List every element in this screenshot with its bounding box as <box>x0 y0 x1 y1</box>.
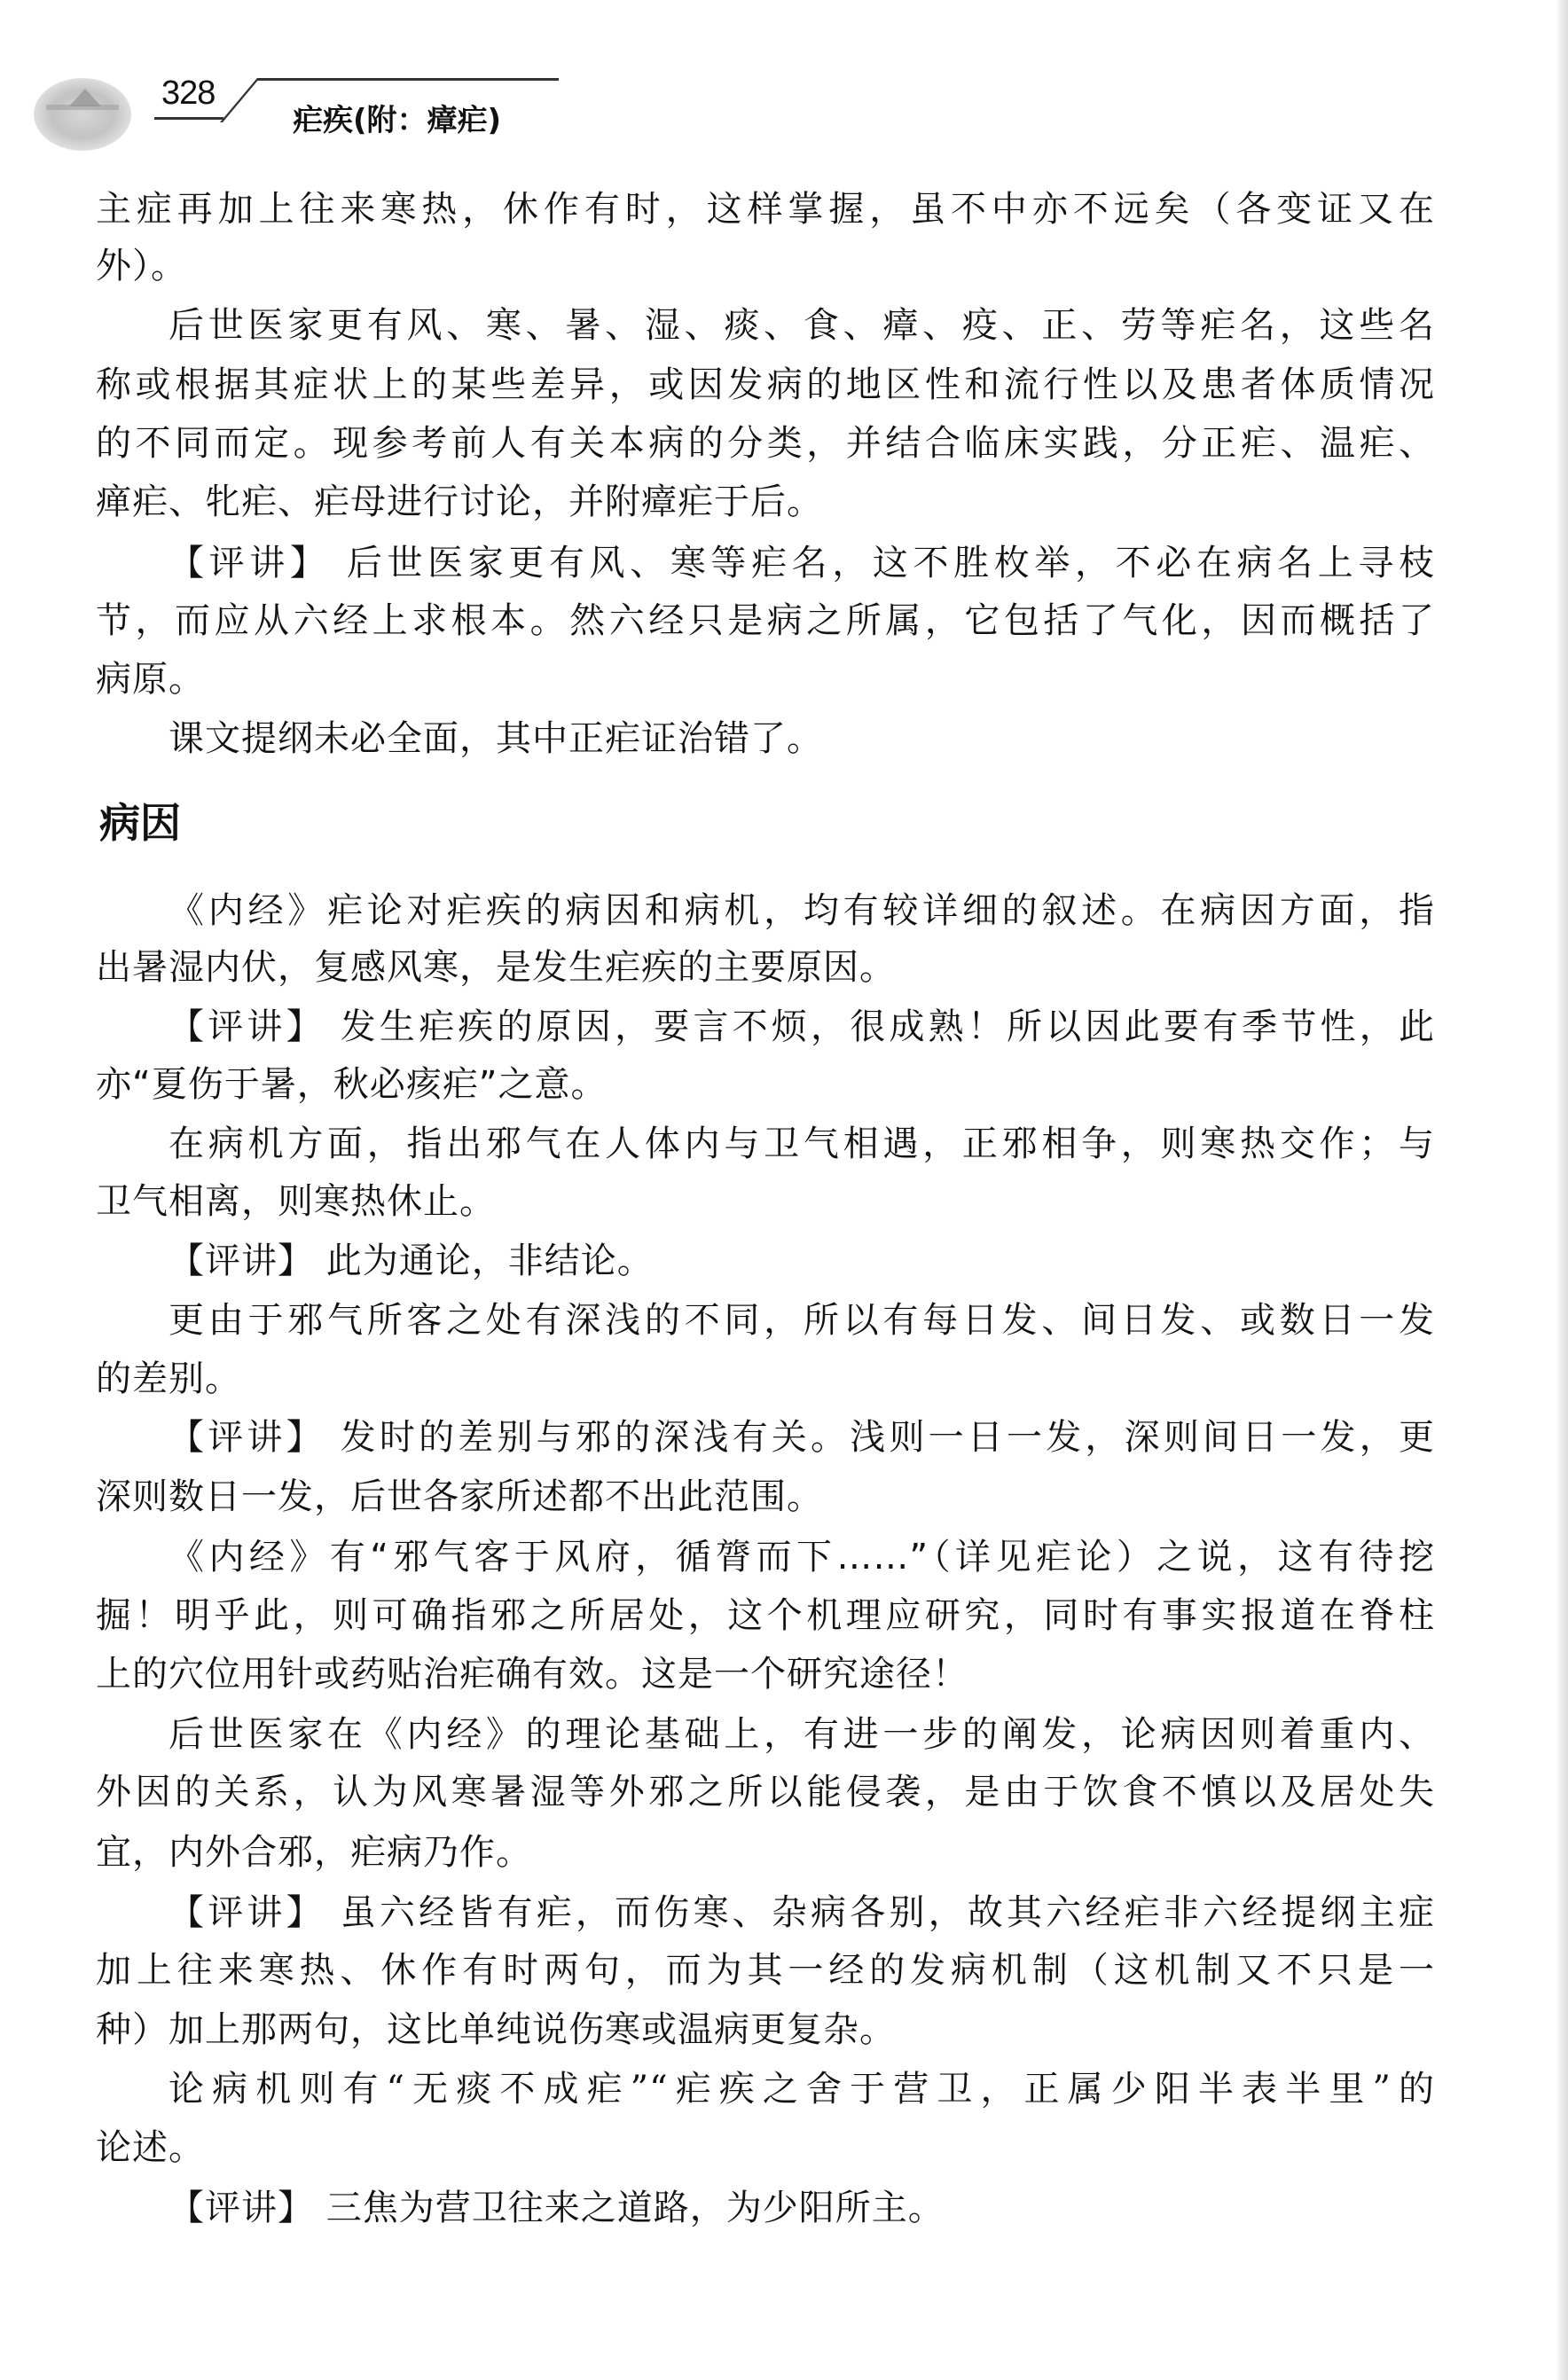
text-line: 掘！明乎此，则可确指邪之所居处，这个机理应研究，同时有事实报道在脊柱 <box>96 1594 1435 1637</box>
text-line: 种）加上那两句，这比单纯说伤寒或温病更复杂。 <box>96 2008 1435 2051</box>
text-line: 的差别。 <box>96 1358 1435 1400</box>
text-line: 后世医家在《内经》的理论基础上，有进一步的阐发，论病因则着重内、 <box>169 1713 1435 1756</box>
text-line: 亦“夏伤于暑，秋必痎疟”之意。 <box>96 1063 1435 1106</box>
text-line: 《内经》有“邪气客于风府，循膂而下……”（详见疟论）之说，这有待挖 <box>169 1536 1435 1578</box>
text-line: 外因的关系，认为风寒暑湿等外邪之所以能侵袭，是由于饮食不慎以及居处失 <box>96 1771 1435 1813</box>
text-line: 出暑湿内伏，复感风寒，是发生疟疾的主要原因。 <box>96 946 1435 989</box>
text-line: 加上往来寒热、休作有时两句，而为其一经的发病机制（这机制又不只是一 <box>96 1949 1435 1992</box>
text-line: 《内经》疟论对疟疾的病因和病机，均有较详细的叙述。在病因方面，指 <box>169 889 1435 932</box>
text-line: 宜，内外合邪，疟病乃作。 <box>96 1831 1435 1874</box>
text-line: 病原。 <box>96 658 1435 701</box>
header-rule-slash <box>220 78 260 122</box>
text-line: 的不同而定。现参考前人有关本病的分类，并结合临床实践，分正疟、温疟、 <box>96 422 1435 465</box>
text-line: 后世医家更有风、寒、暑、湿、痰、食、瘴、疫、正、劳等疟名，这些名 <box>169 304 1435 347</box>
header-rule-low <box>154 117 223 120</box>
running-title: 疟疾(附：瘴疟) <box>293 96 501 139</box>
page-number: 328 <box>161 74 215 113</box>
commentary-line: 【评讲】 后世医家更有风、寒等疟名，这不胜枚举，不必在病名上寻枝 <box>169 542 1435 584</box>
text-line: 深则数日一发，后世各家所述都不出此范围。 <box>96 1476 1435 1518</box>
header-rule-top <box>257 78 559 81</box>
text-line: 主症再加上往来寒热，休作有时，这样掌握，虽不中亦不远矣（各变证又在 <box>96 188 1435 231</box>
header-ornament <box>34 78 131 151</box>
commentary-line: 【评讲】 发生疟疾的原因，要言不烦，很成熟！所以因此要有季节性，此 <box>169 1006 1435 1048</box>
text-line: 课文提纲未必全面，其中正疟证治错了。 <box>169 717 1435 760</box>
text-line: 在病机方面，指出邪气在人体内与卫气相遇，正邪相争，则寒热交作；与 <box>169 1123 1435 1165</box>
text-line: 上的穴位用针或药贴治疟确有效。这是一个研究途径！ <box>96 1653 1435 1695</box>
text-line: 瘅疟、牝疟、疟母进行讨论，并附瘴疟于后。 <box>96 481 1435 523</box>
text-line: 称或根据其症状上的某些差异，或因发病的地区性和流行性以及患者体质情况 <box>96 364 1435 406</box>
text-line: 节，而应从六经上求根本。然六经只是病之所属，它包括了气化，因而概括了 <box>96 599 1435 642</box>
commentary-line: 【评讲】 三焦为营卫往来之道路，为少阳所主。 <box>169 2187 1435 2229</box>
text-line: 卫气相离，则寒热休止。 <box>96 1180 1435 1223</box>
page-edge-shadow <box>1556 0 1568 2380</box>
commentary-line: 【评讲】 虽六经皆有疟，而伤寒、杂病各别，故其六经疟非六经提纲主症 <box>169 1891 1435 1934</box>
text-line: 论述。 <box>96 2126 1435 2169</box>
text-line: 论病机则有“无痰不成疟”“疟疾之舍于营卫，正属少阳半表半里”的 <box>169 2068 1435 2110</box>
section-heading: 病因 <box>99 791 181 849</box>
commentary-line: 【评讲】 此为通论，非结论。 <box>169 1240 1435 1282</box>
text-line: 外）。 <box>96 245 1435 287</box>
commentary-line: 【评讲】 发时的差别与邪的深浅有关。浅则一日一发，深则间日一发，更 <box>169 1416 1435 1459</box>
text-line: 更由于邪气所客之处有深浅的不同，所以有每日发、间日发、或数日一发 <box>169 1299 1435 1342</box>
